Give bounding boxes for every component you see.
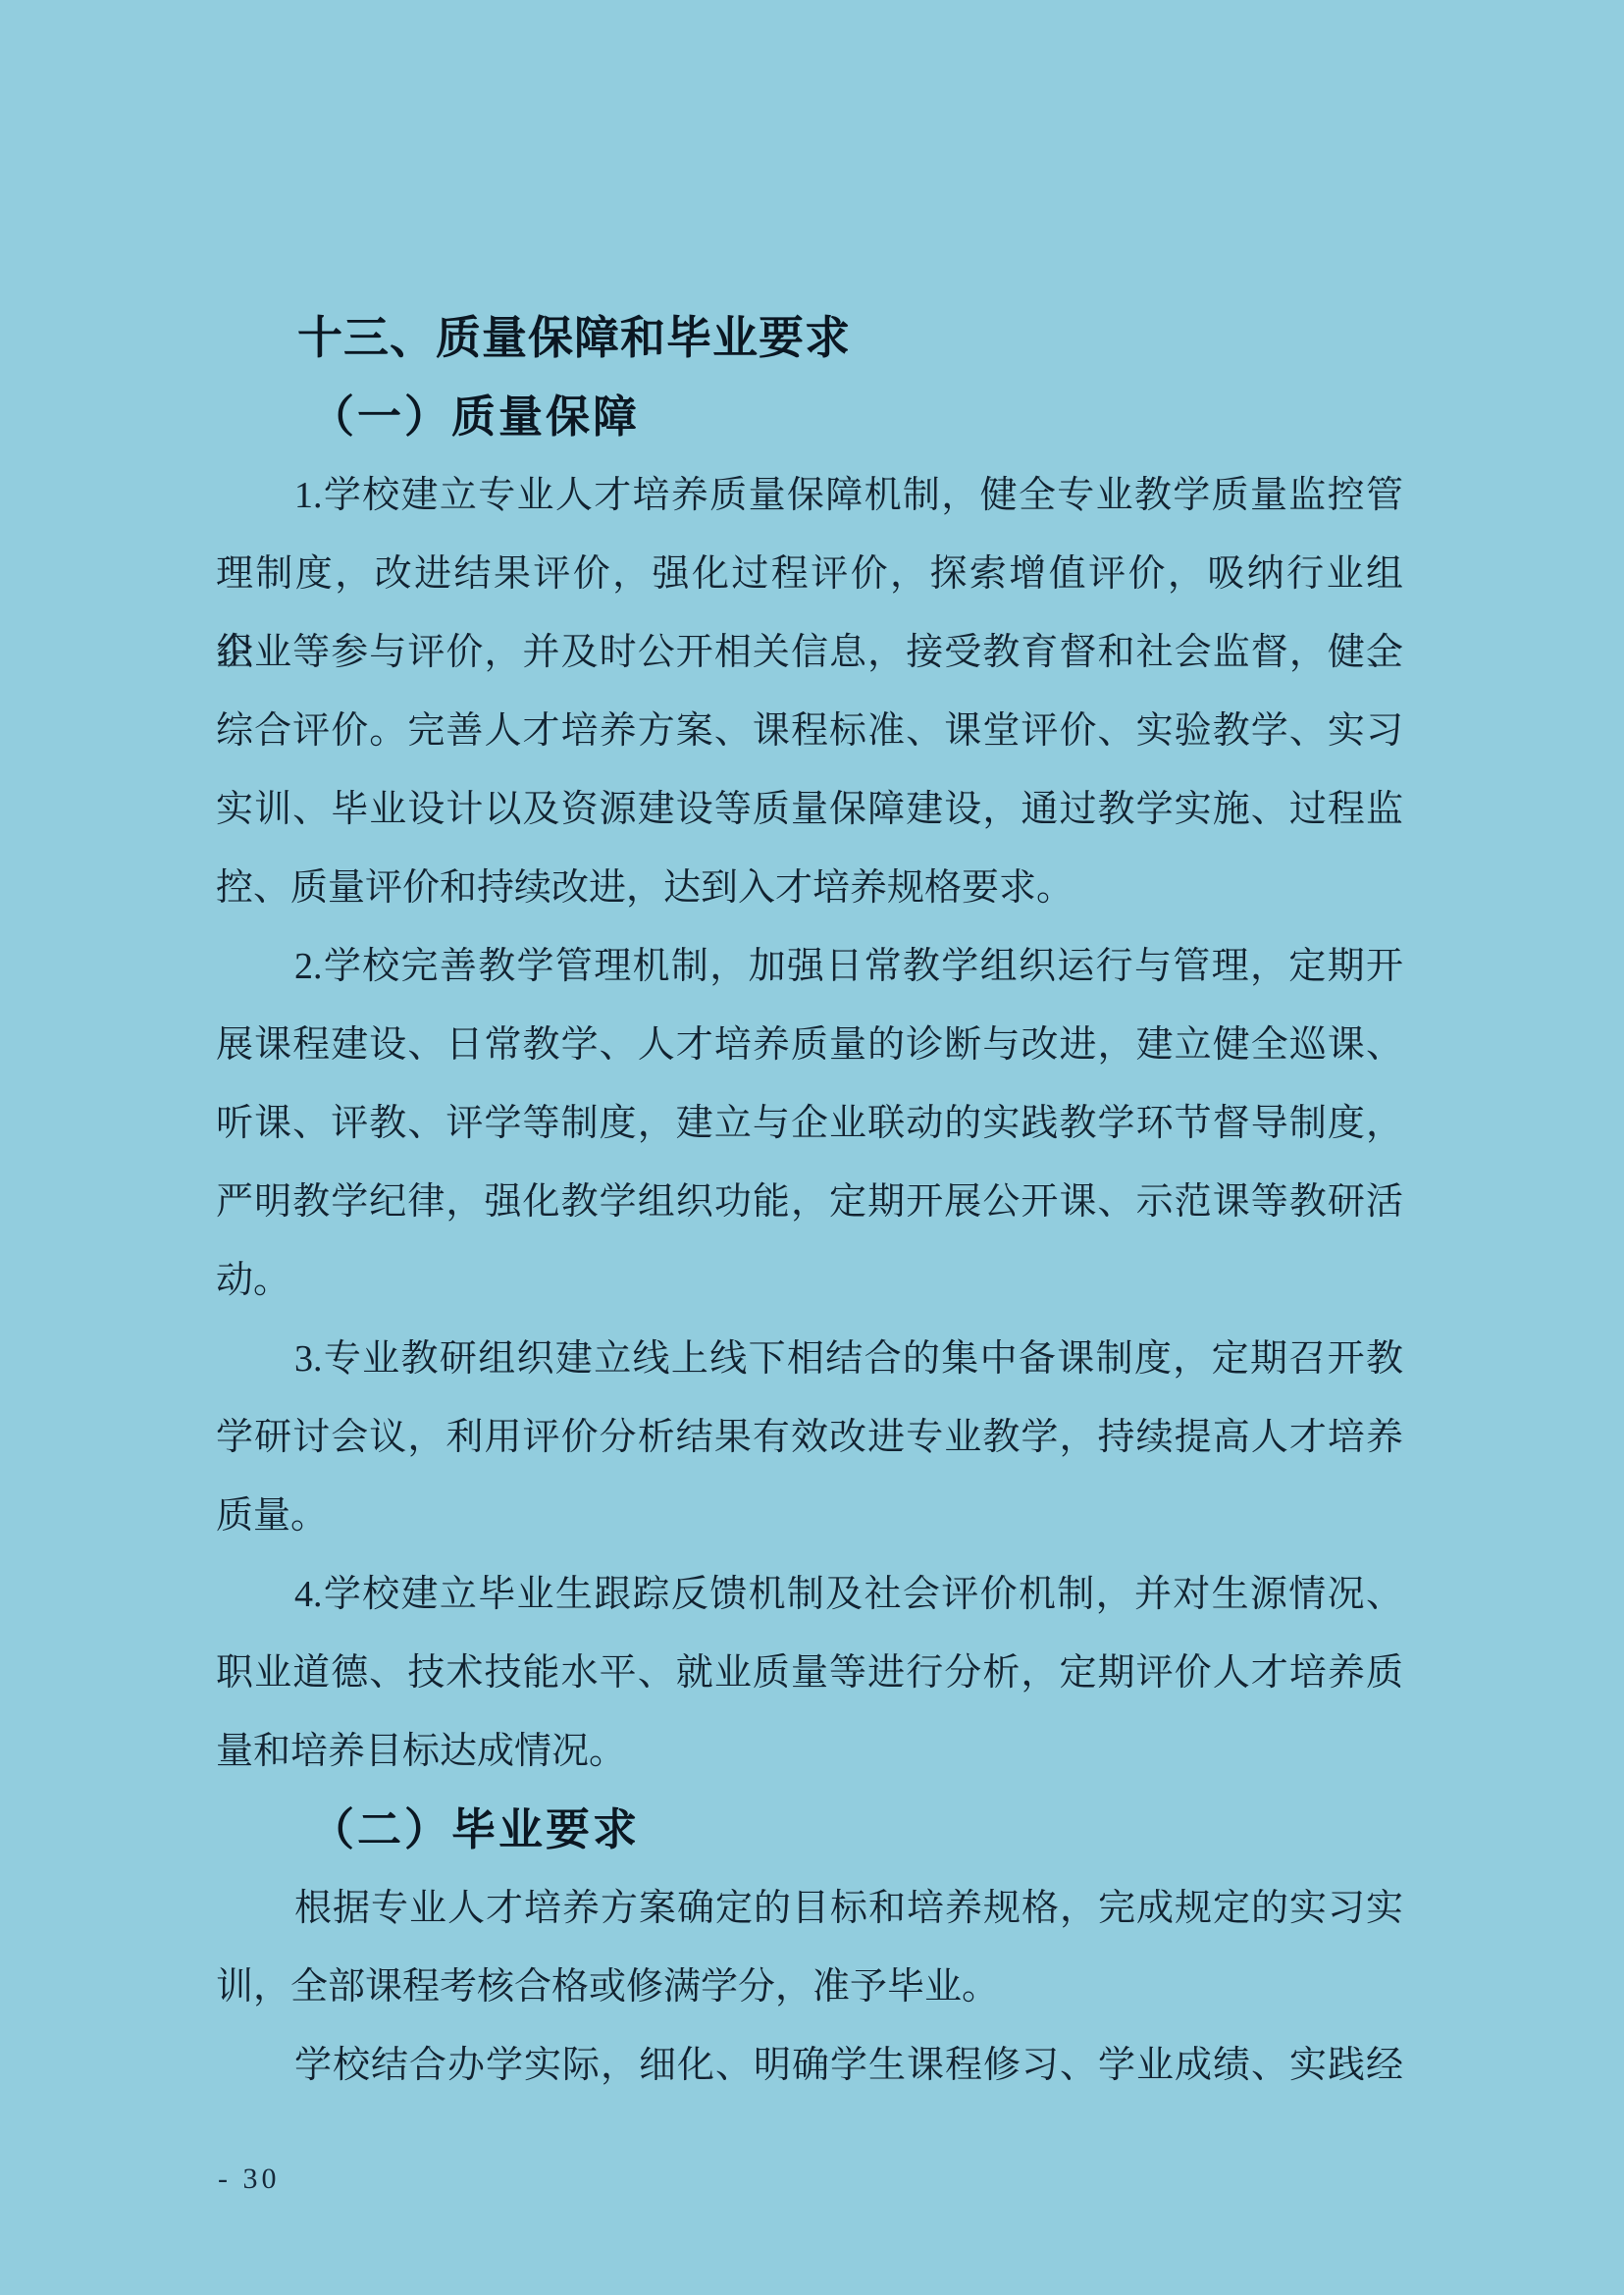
subsection-heading-quality: （一）质量保障 (310, 378, 1403, 456)
text-line: 量和培养目标达成情况。 (216, 1712, 1403, 1791)
page-number: - 30 (218, 2155, 281, 2204)
text-line: 理制度，改进结果评价，强化过程评价，探索增值评价，吸纳行业组织、 (216, 535, 1403, 613)
text-line: 严明教学纪律，强化教学组织功能，定期开展公开课、示范课等教研活 (216, 1163, 1403, 1241)
text-line: 4.学校建立毕业生跟踪反馈机制及社会评价机制，并对生源情况、 (216, 1555, 1403, 1634)
text-line: 职业道德、技术技能水平、就业质量等进行分析，定期评价人才培养质 (216, 1634, 1403, 1712)
text-block: 十三、质量保障和毕业要求 （一）质量保障 1.学校建立专业人才培养质量保障机制，… (216, 299, 1403, 2105)
section-title: 十三、质量保障和毕业要求 (297, 299, 1403, 378)
text-line: 学校结合办学实际，细化、明确学生课程修习、学业成绩、实践经 (216, 2026, 1403, 2105)
text-line: 动。 (216, 1241, 1403, 1320)
text-line: 训，全部课程考核合格或修满学分，准予毕业。 (216, 1948, 1403, 2026)
text-line: 1.学校建立专业人才培养质量保障机制，健全专业教学质量监控管 (216, 456, 1403, 535)
text-line: 综合评价。完善人才培养方案、课程标准、课堂评价、实验教学、实习 (216, 692, 1403, 770)
text-line: 质量。 (216, 1477, 1403, 1555)
text-line: 根据专业人才培养方案确定的目标和培养规格，完成规定的实习实 (216, 1869, 1403, 1948)
text-line: 3.专业教研组织建立线上线下相结合的集中备课制度，定期召开教 (216, 1320, 1403, 1398)
text-line: 实训、毕业设计以及资源建设等质量保障建设，通过教学实施、过程监 (216, 770, 1403, 849)
subsection-heading-graduation: （二）毕业要求 (310, 1791, 1403, 1869)
text-line: 控、质量评价和持续改进，达到入才培养规格要求。 (216, 849, 1403, 927)
text-line: 展课程建设、日常教学、人才培养质量的诊断与改进，建立健全巡课、 (216, 1006, 1403, 1084)
text-line: 企业等参与评价，并及时公开相关信息，接受教育督和社会监督，健全 (216, 613, 1403, 692)
text-line: 2.学校完善教学管理机制，加强日常教学组织运行与管理，定期开 (216, 927, 1403, 1006)
text-line: 听课、评教、评学等制度，建立与企业联动的实践教学环节督导制度， (216, 1084, 1403, 1163)
document-page: { "page": { "background_color": "#92cdde… (0, 0, 1624, 2295)
text-line: 学研讨会议，利用评价分析结果有效改进专业教学，持续提高人才培养 (216, 1398, 1403, 1477)
